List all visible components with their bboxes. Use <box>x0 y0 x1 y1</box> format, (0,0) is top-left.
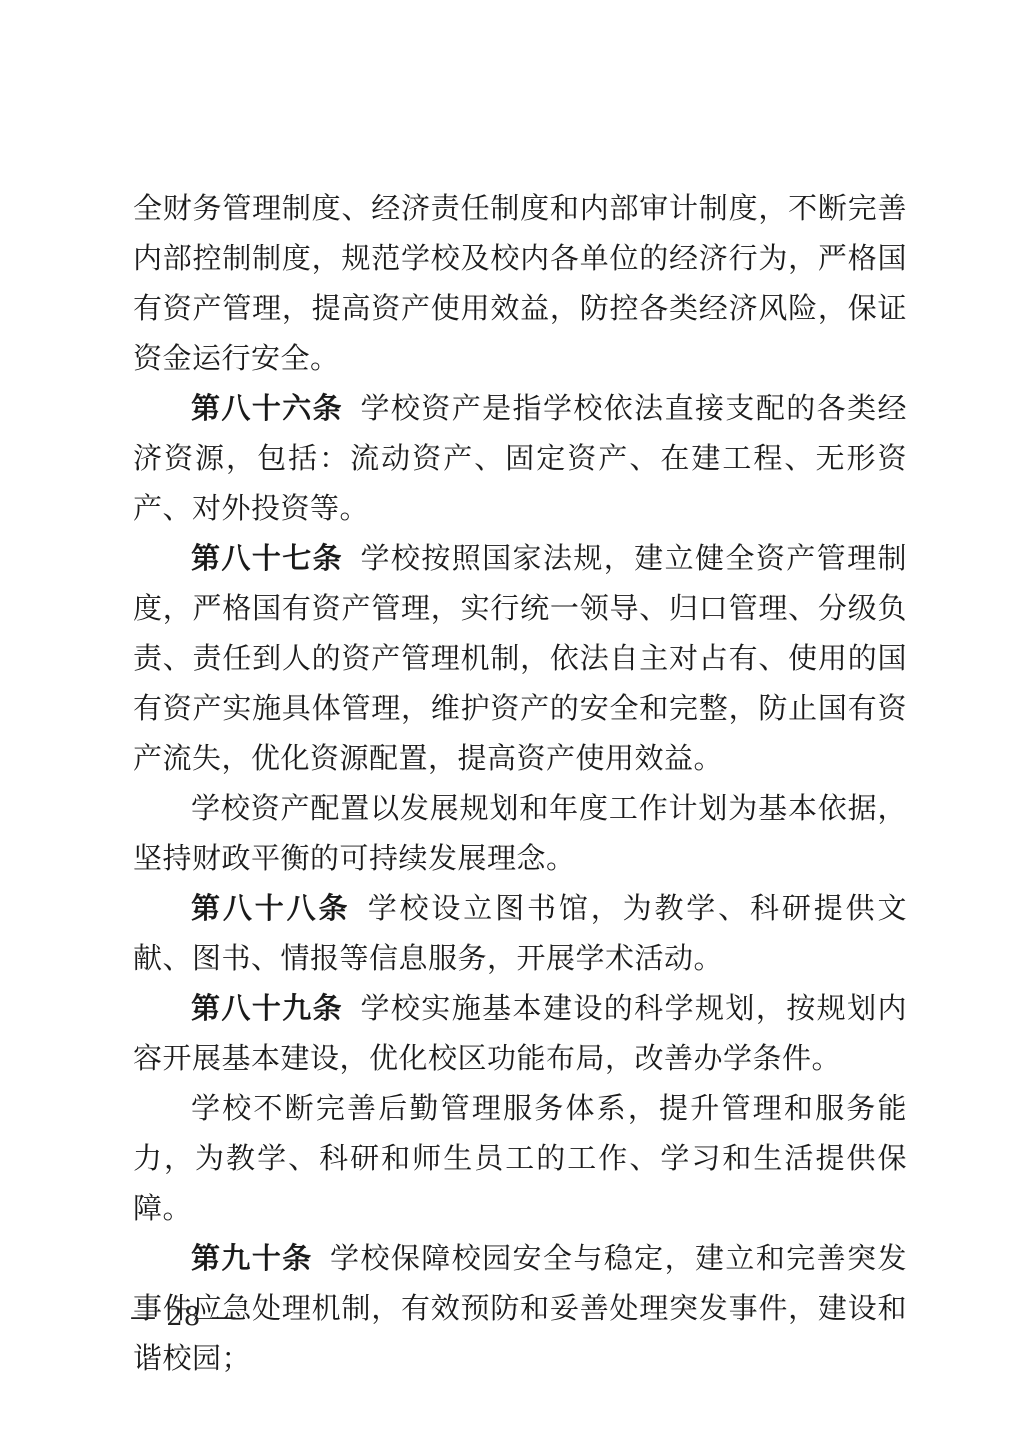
document-page: 全财务管理制度、经济责任制度和内部审计制度，不断完善内部控制制度，规范学校及校内… <box>0 0 1024 1448</box>
article-number: 第八十六条 <box>191 391 343 425</box>
paragraph-text: 学校不断完善后勤管理服务体系，提升管理和服务能力，为教学、科研和师生员工的工作、… <box>133 1091 907 1225</box>
article-number: 第八十八条 <box>191 891 350 925</box>
paragraph: 全财务管理制度、经济责任制度和内部审计制度，不断完善内部控制制度，规范学校及校内… <box>133 183 907 383</box>
paragraph-text: 学校按照国家法规，建立健全资产管理制度，严格国有资产管理，实行统一领导、归口管理… <box>133 541 907 775</box>
paragraph: 学校不断完善后勤管理服务体系，提升管理和服务能力，为教学、科研和师生员工的工作、… <box>133 1083 907 1233</box>
paragraph-article-89: 第八十九条学校实施基本建设的科学规划，按规划内容开展基本建设，优化校区功能布局，… <box>133 983 907 1083</box>
article-number: 第九十条 <box>191 1241 313 1275</box>
paragraph: 学校资产配置以发展规划和年度工作计划为基本依据，坚持财政平衡的可持续发展理念。 <box>133 783 907 883</box>
paragraph-article-90: 第九十条学校保障校园安全与稳定，建立和完善突发事件应急处理机制，有效预防和妥善处… <box>133 1233 907 1383</box>
paragraph-text: 全财务管理制度、经济责任制度和内部审计制度，不断完善内部控制制度，规范学校及校内… <box>133 191 907 375</box>
paragraph-article-87: 第八十七条学校按照国家法规，建立健全资产管理制度，严格国有资产管理，实行统一领导… <box>133 533 907 783</box>
paragraph-text: 学校资产配置以发展规划和年度工作计划为基本依据，坚持财政平衡的可持续发展理念。 <box>133 791 907 875</box>
paragraph-article-86: 第八十六条学校资产是指学校依法直接支配的各类经济资源，包括：流动资产、固定资产、… <box>133 383 907 533</box>
article-number: 第八十七条 <box>191 541 343 575</box>
document-body: 全财务管理制度、经济责任制度和内部审计制度，不断完善内部控制制度，规范学校及校内… <box>133 183 907 1383</box>
article-number: 第八十九条 <box>191 991 343 1025</box>
page-number: — 28 — <box>130 1297 238 1337</box>
paragraph-article-88: 第八十八条学校设立图书馆，为教学、科研提供文献、图书、情报等信息服务，开展学术活… <box>133 883 907 983</box>
